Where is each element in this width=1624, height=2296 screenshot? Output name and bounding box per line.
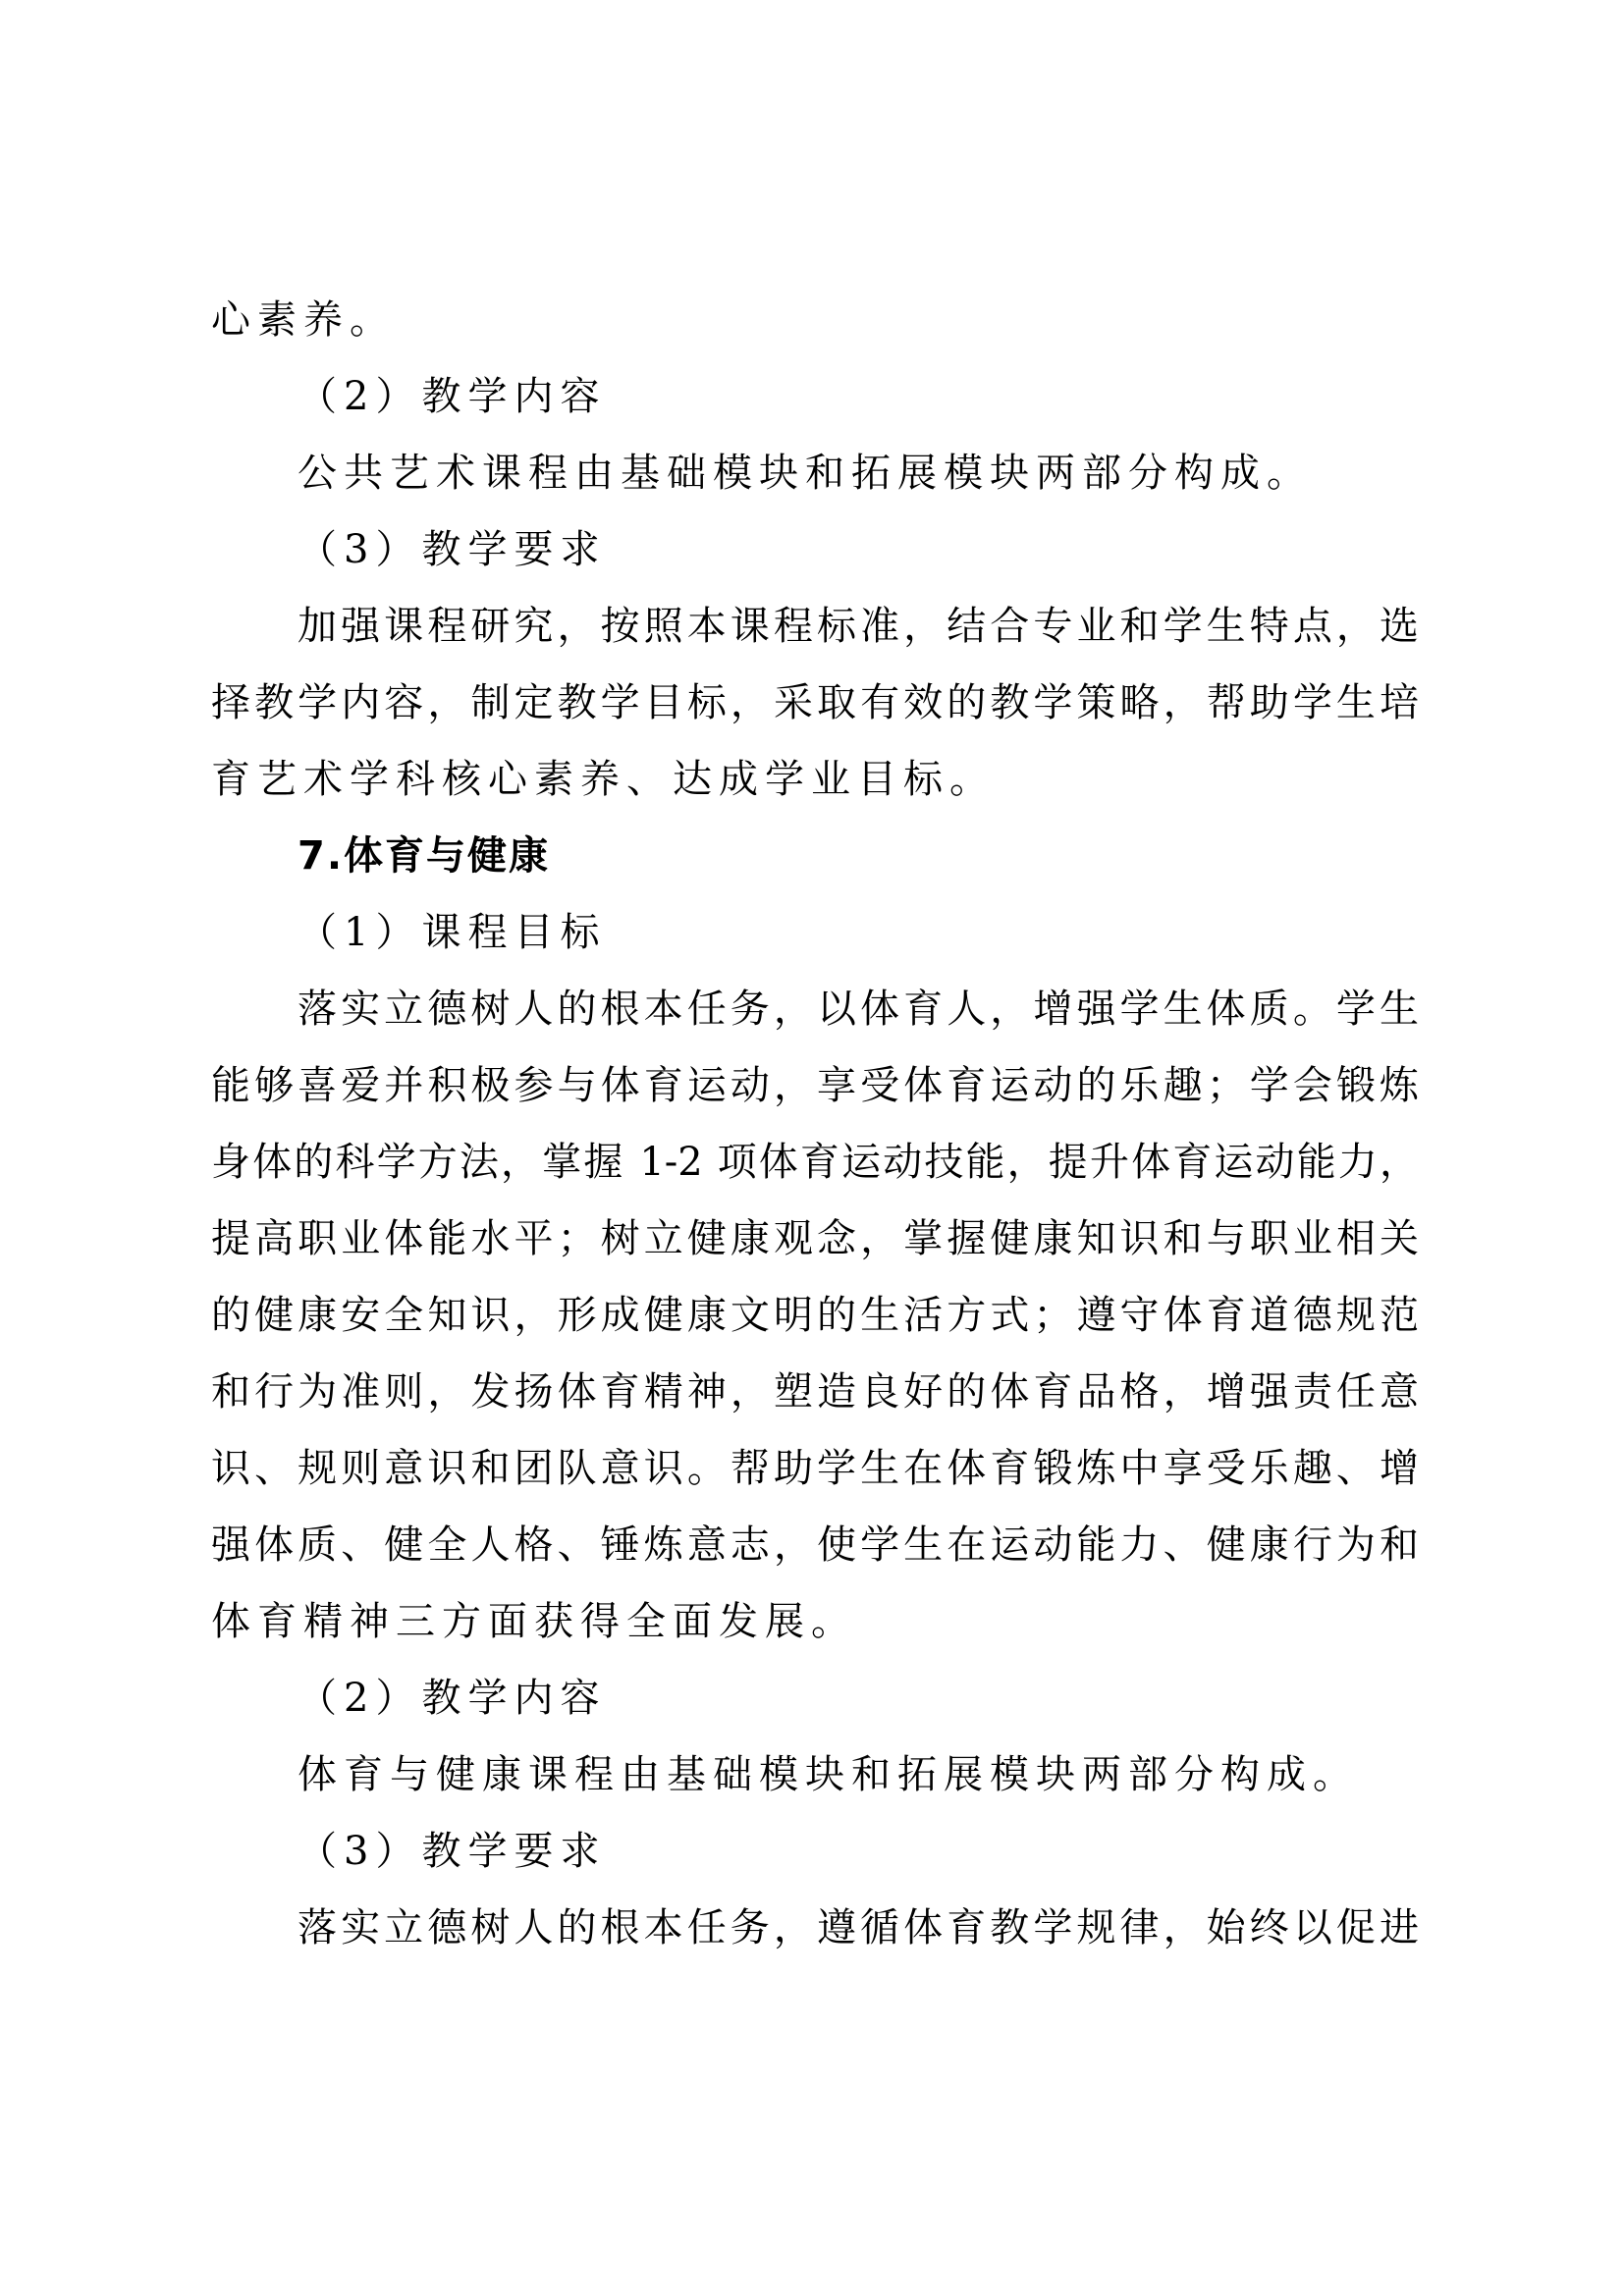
subheading-course-objectives: （1）课程目标 — [298, 909, 1505, 956]
subheading-teaching-content: （2）教学内容 — [298, 373, 1505, 420]
paragraph-art-requirements-line-1: 加强课程研究，按照本课程标准，结合专业和学生特点，选 — [298, 603, 1419, 650]
paragraph-continuation: 心素养。 — [211, 296, 1419, 344]
paragraph-art-requirements-line-3: 育艺术学科核心素养、达成学业目标。 — [211, 756, 1419, 803]
subheading-teaching-requirements: （3）教学要求 — [298, 526, 1505, 573]
paragraph-art-requirements-line-2: 择教学内容，制定教学目标，采取有效的教学策略，帮助学生培 — [211, 679, 1419, 726]
subheading-teaching-requirements-pe: （3）教学要求 — [298, 1828, 1505, 1875]
paragraph-pe-objectives-line-6: 和行为准则，发扬体育精神，塑造良好的体育品格，增强责任意 — [211, 1368, 1419, 1415]
paragraph-pe-requirements-line-1: 落实立德树人的根本任务，遵循体育教学规律，始终以促进 — [298, 1904, 1419, 1951]
paragraph-pe-objectives-line-1: 落实立德树人的根本任务，以体育人，增强学生体质。学生 — [298, 986, 1419, 1033]
paragraph-pe-objectives-line-7: 识、规则意识和团队意识。帮助学生在体育锻炼中享受乐趣、增 — [211, 1445, 1419, 1492]
paragraph-pe-objectives-line-9: 体育精神三方面获得全面发展。 — [211, 1598, 1419, 1645]
paragraph-pe-objectives-line-3: 身体的科学方法，掌握 1-2 项体育运动技能，提升体育运动能力， — [211, 1139, 1419, 1186]
document-page: 心素养。 （2）教学内容 公共艺术课程由基础模块和拓展模块两部分构成。 （3）教… — [0, 0, 1624, 2296]
subheading-teaching-content-pe: （2）教学内容 — [298, 1675, 1505, 1722]
paragraph-art-course-composition: 公共艺术课程由基础模块和拓展模块两部分构成。 — [298, 450, 1505, 497]
section-heading-pe-health: 7.体育与健康 — [298, 832, 1505, 880]
paragraph-pe-course-composition: 体育与健康课程由基础模块和拓展模块两部分构成。 — [298, 1751, 1505, 1798]
paragraph-pe-objectives-line-2: 能够喜爱并积极参与体育运动，享受体育运动的乐趣；学会锻炼 — [211, 1062, 1419, 1109]
paragraph-pe-objectives-line-8: 强体质、健全人格、锤炼意志，使学生在运动能力、健康行为和 — [211, 1522, 1419, 1569]
paragraph-pe-objectives-line-4: 提高职业体能水平；树立健康观念，掌握健康知识和与职业相关 — [211, 1215, 1419, 1262]
paragraph-pe-objectives-line-5: 的健康安全知识，形成健康文明的生活方式；遵守体育道德规范 — [211, 1292, 1419, 1339]
